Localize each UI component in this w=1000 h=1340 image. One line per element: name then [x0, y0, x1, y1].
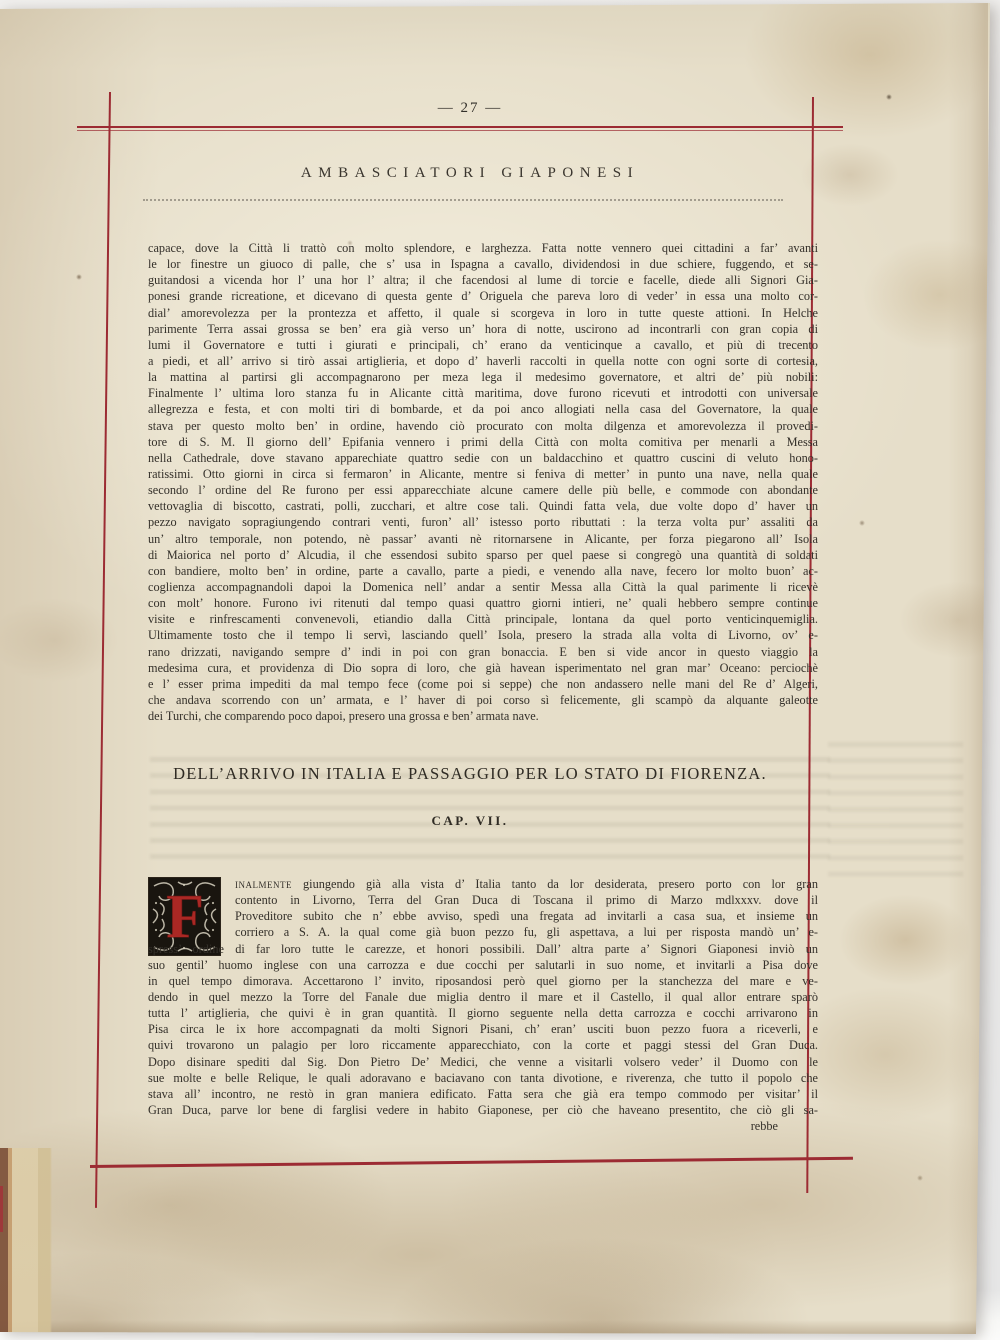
catchword: rebbe — [148, 1118, 818, 1134]
text-line: rano drizzati, navigando sempre d’ indi … — [148, 644, 818, 660]
text-line: Finalmente l’ ultima loro stanza fu in A… — [148, 385, 818, 401]
chapter-heading: CAP. VII. — [130, 813, 810, 829]
text-line: allegrezza e festa, et con molti tiri di… — [148, 401, 818, 417]
text-line: la mattina al partirsi gli accompagnaron… — [148, 369, 818, 385]
text-line: ratissimi. Otto giorni in circa si ferma… — [148, 466, 818, 482]
book-binding-edge — [0, 1148, 58, 1334]
text-line: parimente Terra assai grossa se ben’ era… — [148, 321, 818, 337]
adjacent-page-rule-fragment — [0, 1186, 3, 1232]
text-line: visite e rinfrescamenti convenevoli, eti… — [148, 611, 818, 627]
text-line: con bandiere, molto ben’ in ordine, part… — [148, 563, 818, 579]
page-bottom-edge-shadow — [0, 1320, 990, 1334]
text-line: capace, dove la Città li trattò con molt… — [148, 240, 818, 256]
text-line: lumi il Governatore e tutti i giurati e … — [148, 337, 818, 353]
text-line: con molt’ honore. Furono ivi ritenuti da… — [148, 595, 818, 611]
running-title: AMBASCIATORI GIAPONESI — [130, 165, 810, 182]
text-line: coglienza accompagnandoli dapoi la Domen… — [148, 579, 818, 595]
text-line: ponesi grande ricreatione, et dicevano d… — [148, 288, 818, 304]
text-line: suo gentil’ huomo inglese con una carroz… — [148, 957, 818, 973]
lead-small-caps: inalmente — [235, 877, 292, 891]
text-line-with-lead: inalmente giungendo già alla vista d’ It… — [148, 876, 818, 892]
text-line: vettovaglia di biscotto, castrati, polli… — [148, 498, 818, 514]
text-line: in quel tempo dimorava. Accettarono l’ i… — [148, 973, 818, 989]
verso-text-showthrough-margin — [828, 737, 963, 877]
text-line: un’ altro temporale, non potendo, nè pas… — [148, 531, 818, 547]
text-line: che andava scorrendo con un’ armata, e l… — [148, 692, 818, 708]
text-line: Pisa circa le ix hore accompagnati da mo… — [148, 1021, 818, 1037]
text-line: e l’ esser prima impediti da mal tempo f… — [148, 676, 818, 692]
paragraph-block-1: capace, dove la Città li trattò con molt… — [148, 240, 818, 724]
page-right-edge-shadow — [948, 0, 988, 1336]
text-line: tutta l’ artiglieria, che quivi è in gra… — [148, 1005, 818, 1021]
text-line: nella Cathedrale, dove stavano apparechi… — [148, 450, 818, 466]
paragraph-2-lines: contento in Livorno, Terra del Gran Duca… — [148, 892, 818, 1118]
text-line: a piedi, et all’ arrivo si tirò assai ar… — [148, 353, 818, 369]
book-photo: — 27 — AMBASCIATORI GIAPONESI capace, do… — [0, 0, 1000, 1340]
text-line: dei Turchi, che comparendo poco dapoi, p… — [148, 708, 818, 724]
text-line: dendo in quel mezzo la Torre del Fanale … — [148, 989, 818, 1005]
dotted-rule — [143, 199, 783, 201]
page-number: — 27 — — [130, 100, 810, 117]
text-line: stava all’ incontro, ne restò in gran ma… — [148, 1086, 818, 1102]
text-line: quivi trovarono un palagio per loro ricc… — [148, 1037, 818, 1053]
text-line: Gran Duca, parve lor bene di farglisi ve… — [148, 1102, 818, 1118]
text-line: medesima cura, et providenza di Dio sopr… — [148, 660, 818, 676]
text-line: stava per questo molto ben’ in ordine, h… — [148, 418, 818, 434]
text-line: corriero a S. A. la qual come già buon p… — [148, 924, 818, 940]
text-line: pezzo navigato sopragiungendo contrari v… — [148, 514, 818, 530]
text-line: dial’ amorevolezza per la prontezza et a… — [148, 305, 818, 321]
text-line: sue molte e belle Relique, le quali ador… — [148, 1070, 818, 1086]
text-line: tore di S. M. Il giorno dell’ Epifania v… — [148, 434, 818, 450]
red-frame-rule-left — [95, 92, 111, 1208]
text-line: spress’ ordine di far loro tutte le care… — [148, 941, 818, 957]
red-frame-rule-top — [77, 126, 843, 132]
paragraph-block-2: inalmente giungendo già alla vista d’ It… — [148, 876, 818, 1134]
text-line: Proveditore subito che n’ ebbe avviso, s… — [148, 908, 818, 924]
text-line: secondo l’ ordine del Re furono per essi… — [148, 482, 818, 498]
paper-sheet: — 27 — AMBASCIATORI GIAPONESI capace, do… — [0, 0, 1000, 1340]
section-heading: DELL’ARRIVO IN ITALIA E PASSAGGIO PER LO… — [130, 764, 810, 784]
text-line: contento in Livorno, Terra del Gran Duca… — [148, 892, 818, 908]
text-line: le lor finestre un giuoco di palle, che … — [148, 256, 818, 272]
red-frame-rule-bottom — [90, 1157, 853, 1168]
text-line: Dopo disinare spediti dal Sig. Don Pietr… — [148, 1054, 818, 1070]
text-line: di Maiorica nel porto d’ Alcudia, il che… — [148, 547, 818, 563]
text-line: guitandosi a vicenda hor l’ una hor l’ a… — [148, 272, 818, 288]
text-line: Ultimamente tosto che il tempo li servì,… — [148, 627, 818, 643]
lead-line-rest: giungendo già alla vista d’ Italia tanto… — [292, 877, 818, 891]
